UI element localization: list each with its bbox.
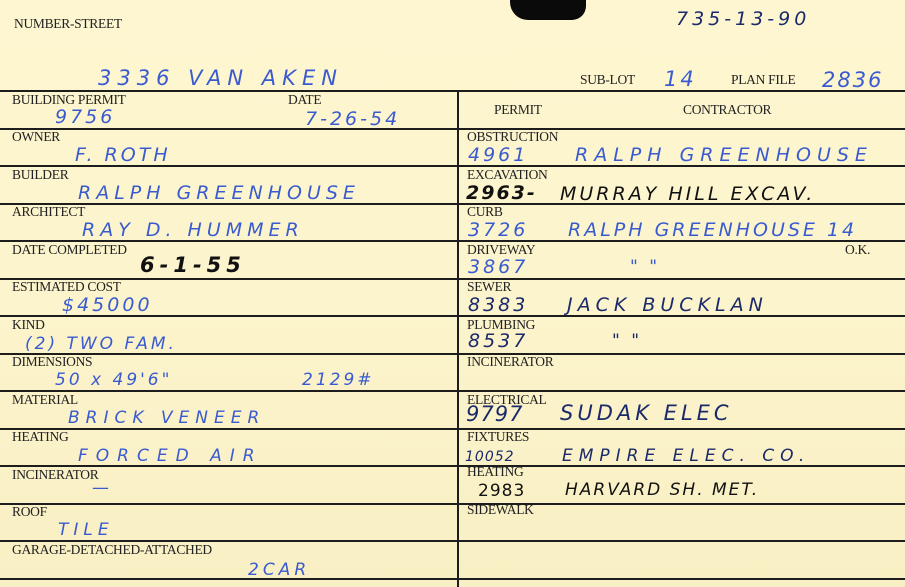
driveway-contractor: " "	[630, 257, 660, 277]
estimated-cost-label: ESTIMATED COST	[12, 280, 121, 294]
permit-header: PERMIT	[494, 103, 542, 117]
sub-lot-value: 14	[664, 69, 697, 89]
kind-value: (2) TWO FAM.	[25, 334, 177, 354]
builder-label: BUILDER	[12, 168, 68, 182]
garage-value: 2CAR	[248, 560, 310, 580]
owner-label: OWNER	[12, 130, 60, 144]
heating-r-label: HEATING	[467, 465, 523, 479]
date-completed-value: 6-1-55	[140, 255, 246, 275]
date-label: DATE	[288, 93, 321, 107]
garage-label: GARAGE-DETACHED-ATTACHED	[12, 543, 212, 557]
permit-card: NUMBER-STREET 3336 VAN AKEN 735-13-90 SU…	[0, 0, 905, 587]
number-street-label: NUMBER-STREET	[14, 17, 122, 31]
roof-value: TILE	[58, 520, 114, 540]
plumbing-contractor: " "	[612, 331, 642, 351]
obstruction-permit: 4961	[468, 145, 528, 165]
dimensions-label: DIMENSIONS	[12, 355, 92, 369]
architect-value: RAY D. HUMMER	[82, 220, 304, 240]
architect-label: ARCHITECT	[12, 205, 85, 219]
excavation-label: EXCAVATION	[467, 168, 548, 182]
plan-file-value: 2836	[822, 70, 883, 90]
sub-lot-label: SUB-LOT	[580, 73, 635, 87]
curb-permit: 3726	[468, 220, 528, 240]
fixtures-contractor: EMPIRE ELEC. CO.	[562, 446, 810, 466]
electrical-contractor: SUDAK ELEC	[560, 403, 733, 423]
divider	[0, 165, 458, 167]
excavation-contractor: MURRAY HILL EXCAV.	[560, 184, 815, 204]
curb-label: CURB	[467, 205, 503, 219]
incinerator-value: —	[92, 478, 112, 498]
plan-file-label: PLAN FILE	[731, 73, 795, 87]
builder-value: RALPH GREENHOUSE	[78, 183, 360, 203]
divider	[0, 503, 458, 505]
ink-blot	[510, 0, 586, 20]
excavation-permit: 2963-	[466, 183, 537, 203]
sewer-permit: 8383	[468, 295, 528, 315]
heating-value: FORCED AIR	[78, 446, 263, 466]
building-permit-label: BUILDING PERMIT	[12, 93, 126, 107]
heating-permit: 2983	[478, 481, 525, 501]
dimensions-value: 50 x 49'6"	[55, 370, 172, 390]
kind-label: KIND	[12, 318, 45, 332]
material-value: BRICK VENEER	[68, 408, 265, 428]
obstruction-contractor: RALPH GREENHOUSE	[575, 145, 873, 165]
plumbing-permit: 8537	[468, 331, 528, 351]
estimated-cost-value: $45000	[62, 295, 153, 315]
curb-contractor: RALPH GREENHOUSE 14	[568, 220, 857, 240]
obstruction-label: OBSTRUCTION	[467, 130, 558, 144]
fixtures-label: FIXTURES	[467, 430, 529, 444]
building-permit-value: 9756	[55, 107, 115, 127]
incinerator-r-label: INCINERATOR	[467, 355, 553, 369]
ref-number: 735-13-90	[676, 9, 810, 29]
heating-label: HEATING	[12, 430, 68, 444]
contractor-header: CONTRACTOR	[683, 103, 771, 117]
sewer-contractor: JACK BUCKLAN	[567, 295, 768, 315]
sewer-label: SEWER	[467, 280, 511, 294]
date-value: 7-26-54	[305, 109, 400, 129]
date-completed-label: DATE COMPLETED	[12, 243, 127, 257]
divider	[458, 578, 905, 580]
electrical-permit: 9797	[466, 404, 523, 424]
driveway-label: DRIVEWAY	[467, 243, 535, 257]
driveway-permit: 3867	[468, 257, 528, 277]
material-label: MATERIAL	[12, 393, 78, 407]
incinerator-label: INCINERATOR	[12, 468, 98, 482]
divider	[0, 428, 458, 430]
address-value: 3336 VAN AKEN	[98, 68, 343, 88]
divider	[0, 90, 905, 92]
divider	[0, 578, 458, 580]
driveway-ok-note: O.K.	[845, 243, 870, 257]
divider	[458, 278, 905, 280]
roof-label: ROOF	[12, 505, 47, 519]
heating-contractor: HARVARD SH. MET.	[565, 480, 759, 500]
dimensions-extra-value: 2129#	[302, 370, 375, 390]
sidewalk-label: SIDEWALK	[467, 503, 534, 517]
owner-value: F. ROTH	[75, 145, 171, 165]
divider	[458, 540, 905, 542]
